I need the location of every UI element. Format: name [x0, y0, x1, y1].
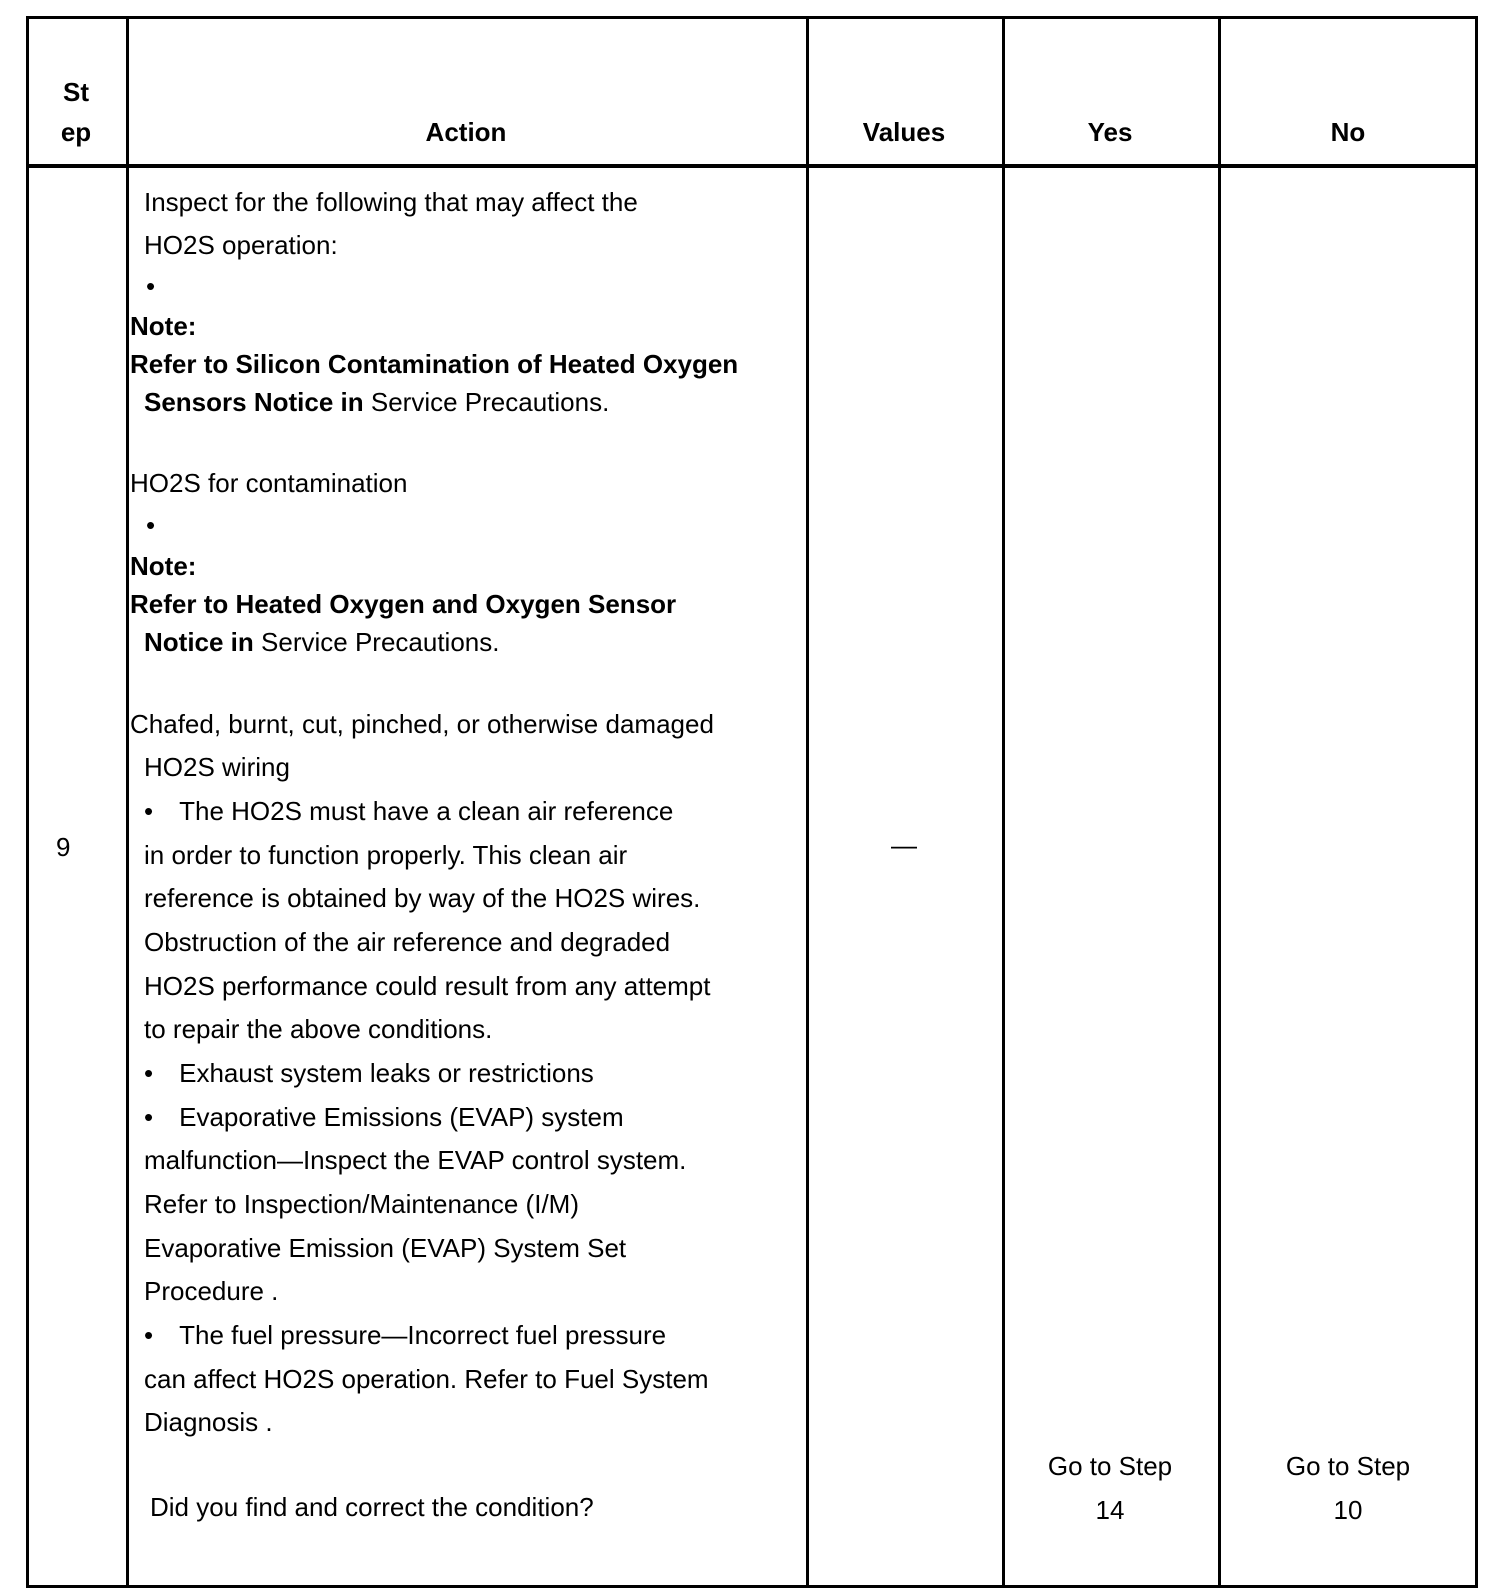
inspect-item: HO2S for contamination — [130, 463, 407, 503]
header-step: St ep — [26, 72, 126, 152]
im-evap-link[interactable]: Refer to Inspection/Maintenance (I/M) — [144, 1184, 579, 1224]
column-divider — [1218, 16, 1221, 1588]
fuel-system-diagnosis-link[interactable]: Diagnosis . — [144, 1402, 273, 1442]
note-label: Note: — [130, 546, 196, 586]
yes-goto[interactable]: Go to Step 14 — [1002, 1444, 1218, 1532]
im-evap-link-cont[interactable]: Evaporative Emission (EVAP) System Set — [144, 1228, 626, 1268]
sub-bullet-text: The fuel pressure—Incorrect fuel pressur… — [179, 1320, 666, 1350]
header-yes: Yes — [1002, 112, 1218, 152]
inspect-item-cont: HO2S wiring — [144, 747, 290, 787]
sub-bullet-cont: malfunction—Inspect the EVAP control sys… — [144, 1140, 686, 1180]
action-intro-cont: HO2S operation: — [144, 225, 338, 265]
no-goto-label: Go to Step — [1218, 1444, 1478, 1488]
bullet-icon: • — [144, 796, 153, 826]
no-goto[interactable]: Go to Step 10 — [1218, 1444, 1478, 1532]
no-goto-step: 10 — [1218, 1488, 1478, 1532]
sub-bullet-cont: in order to function properly. This clea… — [144, 835, 627, 875]
bullet-icon: • — [144, 1320, 153, 1350]
note-text: Refer to Silicon Contamination of Heated… — [130, 344, 738, 384]
note-text: Refer to Heated Oxygen and Oxygen Sensor — [130, 584, 676, 624]
note-text-cont: Notice in Service Precautions. — [144, 622, 499, 662]
diagnostic-step-table: St ep Action Values Yes No 9 — Go to Ste… — [26, 16, 1478, 1588]
sub-bullet-item: •Evaporative Emissions (EVAP) system — [144, 1097, 624, 1137]
yes-goto-step: 14 — [1002, 1488, 1218, 1532]
sub-bullet-text: Exhaust system leaks or restrictions — [179, 1058, 594, 1088]
sub-bullet-text: Evaporative Emissions (EVAP) system — [179, 1102, 624, 1132]
sub-bullet-item: •The fuel pressure—Incorrect fuel pressu… — [144, 1315, 666, 1355]
step-number: 9 — [56, 832, 70, 863]
column-divider — [806, 16, 809, 1588]
bullet-icon: • — [144, 1058, 153, 1088]
header-values: Values — [806, 112, 1002, 152]
sub-bullet-cont: HO2S performance could result from any a… — [144, 966, 710, 1006]
header-divider — [26, 164, 1478, 168]
note-text-bold: Notice in — [144, 627, 254, 657]
yes-goto-label: Go to Step — [1002, 1444, 1218, 1488]
service-precautions-link[interactable]: Service Precautions. — [371, 387, 609, 417]
sub-bullet-item: •The HO2S must have a clean air referenc… — [144, 791, 673, 831]
bullet-icon: • — [146, 505, 155, 545]
header-no: No — [1218, 112, 1478, 152]
column-divider — [126, 16, 129, 1588]
action-intro: Inspect for the following that may affec… — [144, 182, 638, 222]
inspect-item: Chafed, burnt, cut, pinched, or otherwis… — [130, 704, 714, 744]
service-precautions-link[interactable]: Service Precautions. — [261, 627, 499, 657]
column-divider — [1002, 16, 1005, 1588]
sub-bullet-text: The HO2S must have a clean air reference — [179, 796, 673, 826]
sub-bullet-cont: can affect HO2S operation. Refer to Fuel… — [144, 1359, 709, 1399]
bullet-icon: • — [144, 1102, 153, 1132]
header-action: Action — [126, 112, 806, 152]
im-evap-link-cont[interactable]: Procedure . — [144, 1271, 278, 1311]
note-text-cont: Sensors Notice in Service Precautions. — [144, 382, 609, 422]
sub-bullet-cont: Obstruction of the air reference and deg… — [144, 922, 670, 962]
question: Did you find and correct the condition? — [150, 1487, 594, 1527]
sub-bullet-item: •Exhaust system leaks or restrictions — [144, 1053, 594, 1093]
header-step-line1: St — [26, 72, 126, 112]
note-text-bold: Sensors Notice in — [144, 387, 364, 417]
sub-bullet-cont: reference is obtained by way of the HO2S… — [144, 878, 700, 918]
note-label: Note: — [130, 306, 196, 346]
header-step-line2: ep — [26, 112, 126, 152]
sub-bullet-cont: to repair the above conditions. — [144, 1009, 492, 1049]
bullet-icon: • — [146, 266, 155, 306]
values-cell: — — [806, 830, 1002, 861]
